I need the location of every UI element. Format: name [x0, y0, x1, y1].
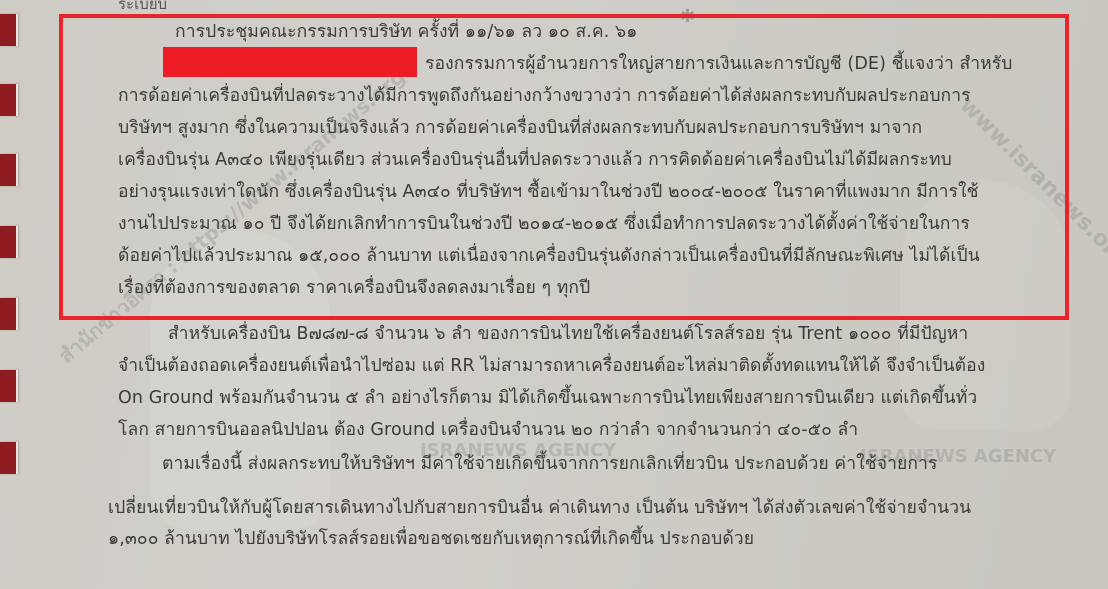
- highlight-line: อย่างรุนแรงเท่าใดนัก ซึ่งเครื่องบินรุ่น …: [118, 180, 979, 204]
- binder-tab: [0, 226, 18, 258]
- highlight-line: งานไปประมาณ ๑๐ ปี จึงได้ยกเลิกทำการบินใน…: [118, 212, 970, 236]
- highlight-line: เครื่องบินรุ่น A๓๔๐ เพียงรุ่นเดียว ส่วนเ…: [118, 148, 952, 172]
- body-line: ๑,๓๐๐ ล้านบาท ไปยังบริษัทโรลส์รอยเพื่อขอ…: [108, 527, 754, 551]
- body-line: โลก สายการบินออลนิปปอน ต้อง Ground เครื่…: [118, 418, 858, 442]
- redacted-name-bar: [163, 47, 417, 77]
- binder-tab: [0, 442, 18, 474]
- binder-tab: [0, 14, 18, 46]
- binder-tabs: [0, 0, 22, 589]
- binder-tab: [0, 370, 18, 402]
- binder-tab: [0, 154, 18, 186]
- body-line: ตามเรื่องนี้ ส่งผลกระทบให้บริษัทฯ มีค่าใ…: [162, 452, 938, 476]
- body-line: เปลี่ยนเที่ยวบินให้กับผู้โดยสารเดินทางไป…: [108, 496, 971, 520]
- highlight-line: เรื่องที่ต้องการของตลาด ราคาเครื่องบินจึ…: [118, 276, 590, 300]
- body-line: On Ground พร้อมกันจำนวน ๕ ลำ อย่างไรก็ตา…: [118, 386, 977, 410]
- highlight-line: การด้อยค่าเครื่องบินที่ปลดระวางได้มีการพ…: [118, 84, 971, 108]
- binder-tab: [0, 84, 18, 116]
- body-line: สำหรับเครื่องบิน B๗๘๗-๘ จำนวน ๖ ลำ ของกา…: [168, 322, 968, 346]
- section-title: การประชุมคณะกรรมการบริษัท ครั้งที่ ๑๑/๖๑…: [175, 20, 637, 44]
- highlight-line: ด้อยค่าไปแล้วประมาณ ๑๕,๐๐๐ ล้านบาท แต่เน…: [118, 244, 980, 268]
- body-line: จำเป็นต้องถอดเครื่องยนต์เพื่อนำไปซ่อม แต…: [118, 354, 985, 378]
- binder-tab: [0, 298, 18, 330]
- highlight-line: รองกรรมการผู้อำนวยการใหญ่สายการเงินและกา…: [425, 52, 1012, 76]
- highlight-line: บริษัทฯ สูงมาก ซึ่งในความเป็นจริงแล้ว กา…: [118, 116, 922, 140]
